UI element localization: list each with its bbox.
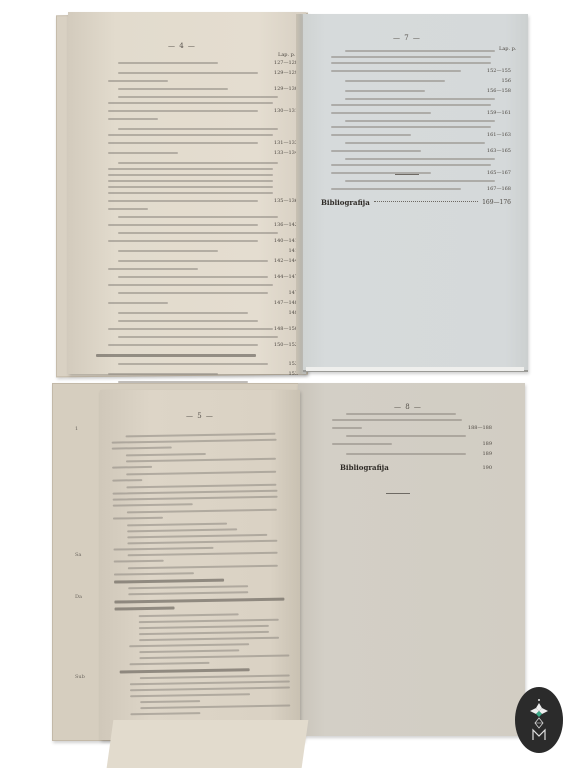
column-header: Lap. p. <box>278 52 295 58</box>
section-heading <box>120 668 250 673</box>
page-number: — 5 — <box>186 412 214 420</box>
bibliography-entry: Bibliografija 190 <box>340 463 492 472</box>
toc-list: 152—155 156 156—158 159—161 161—163 163—… <box>331 50 511 207</box>
top-booklet-right-page: — 7 — Lap. p. 152—155 156 156—158 159—16… <box>303 14 528 372</box>
bottom-booklet-page-curl <box>107 720 309 768</box>
watermark-logo <box>515 687 563 753</box>
top-booklet-left-page: — 4 — Lap. p. 127—128 129—129 129—130 13… <box>68 12 306 374</box>
top-booklet-edge <box>306 367 524 371</box>
toc-list: 188—188 189 189 Bibliografija 190 <box>332 413 492 472</box>
toc-list: 127—128 129—129 129—130 130—131 131—133 … <box>108 60 298 429</box>
diamond-flower-icon <box>524 696 554 744</box>
bottom-booklet-left-page: — 5 — <box>100 390 300 740</box>
page-number: — 7 — <box>393 34 421 42</box>
bottom-booklet-right-page: — 8 — 188—188 189 189 Bibliografija 190 <box>298 383 525 736</box>
page-number: — 8 — <box>394 403 422 411</box>
bibliography-entry: Bibliografija 169—176 <box>321 198 511 207</box>
toc-list <box>112 432 297 719</box>
page-number: — 4 — <box>168 42 196 50</box>
section-heading <box>114 579 224 584</box>
section-heading <box>114 598 284 604</box>
divider-rule <box>395 174 419 175</box>
divider-rule <box>386 493 410 494</box>
section-heading <box>96 354 256 357</box>
